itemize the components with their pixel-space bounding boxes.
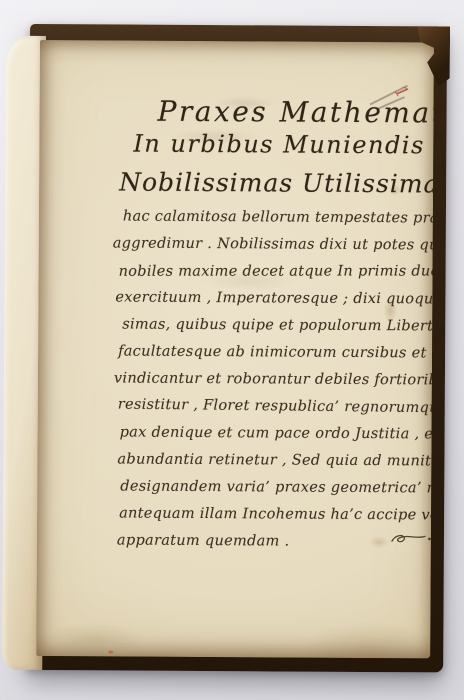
title-line-2: In urbibus Muniendis	[133, 128, 434, 160]
body-text: hac calamitosa bellorum tempestates prax…	[77, 203, 434, 556]
handwritten-text: Praxes Mathematica’ In urbibus Muniendis…	[77, 80, 434, 556]
body-line: designandem varia’ praxes geometrica’ re…	[120, 474, 434, 503]
body-line: facultatesque ab inimicorum cursibus et …	[118, 339, 434, 368]
book: 1 Praxes Mathematica’ In urbibus Muniend…	[0, 0, 464, 700]
ink-speck	[108, 650, 113, 653]
title-line-1: Praxes Mathematica’	[157, 95, 434, 131]
body-line: antequam illam Incohemus ha’c accipe vel…	[119, 501, 434, 530]
body-line-text: apparatum quemdam .	[117, 533, 290, 550]
body-line: apparatum quemdam .	[117, 528, 434, 557]
body-line: vindicantur et roborantur debiles fortio…	[114, 366, 434, 395]
title-line-3: Nobilissimas Utilissimasque	[119, 166, 434, 201]
body-line: hac calamitosa bellorum tempestates prax…	[123, 204, 434, 233]
end-flourish-icon	[390, 529, 432, 556]
body-line: simas, quibus quipe et populorum Liberta…	[122, 312, 434, 341]
body-line: exercituum , Imperatoresque ; dixi quoqu…	[115, 285, 434, 314]
body-line: aggredimur . Nobilissimas dixi ut potes …	[113, 231, 434, 260]
body-line: pax denique et cum pace ordo Justitia , …	[120, 420, 434, 449]
manuscript-page: 1 Praxes Mathematica’ In urbibus Muniend…	[36, 40, 434, 658]
manuscript-photo: 1 Praxes Mathematica’ In urbibus Muniend…	[0, 0, 464, 700]
body-line: resistitur , Floret respublica’ regnorum…	[118, 392, 434, 423]
body-line: nobiles maxime decet atque In primis duc…	[119, 259, 434, 286]
body-line: abundantia retinetur , Sed quia ad munit…	[117, 447, 434, 476]
